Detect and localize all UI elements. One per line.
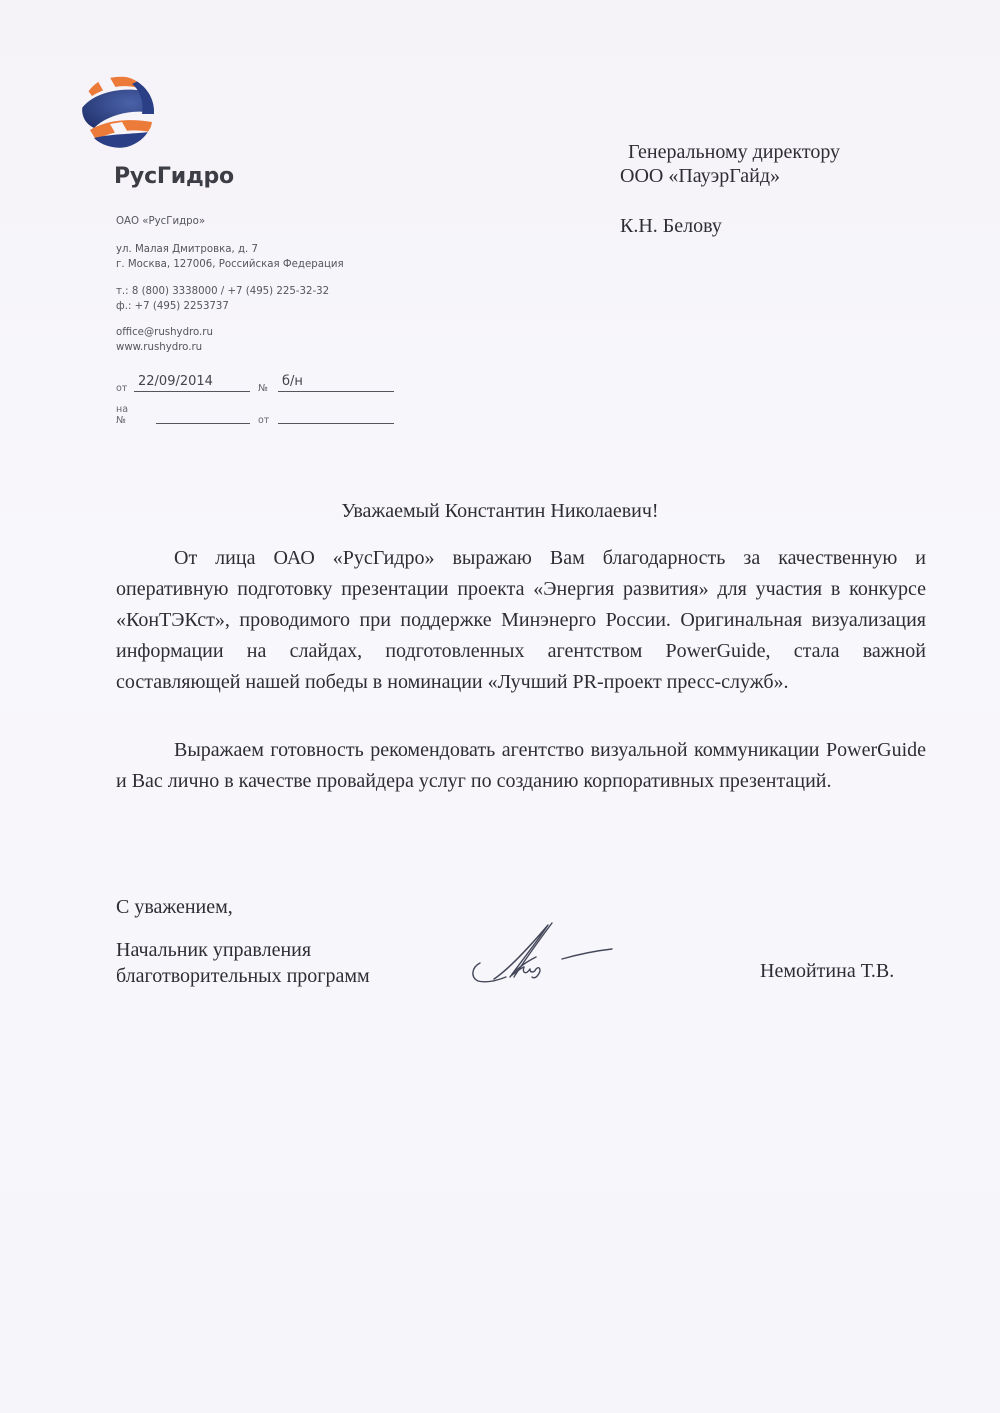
body-paragraph-2: Выражаем готовность рекомендовать агентс… bbox=[116, 735, 926, 797]
ref-number-field bbox=[156, 406, 250, 424]
signer-position-line-2: благотворительных программ bbox=[116, 963, 370, 989]
closing: С уважением, bbox=[116, 896, 233, 919]
website-text: www.rushydro.ru bbox=[116, 340, 213, 355]
fax-text: ф.: +7 (495) 2253737 bbox=[116, 299, 329, 314]
rushydro-logo-icon bbox=[80, 74, 156, 150]
date-label: от bbox=[116, 383, 127, 394]
body-paragraph-1: От лица ОАО «РусГидро» выражаю Вам благо… bbox=[116, 543, 926, 698]
addressee-position: Генеральному директору bbox=[620, 140, 840, 164]
addressee-block: Генеральному директору ООО «ПауэрГайд» К… bbox=[620, 140, 840, 238]
signature-icon bbox=[466, 915, 626, 995]
letterhead-org: ОАО «РусГидро» bbox=[116, 214, 205, 229]
signer-position: Начальник управления благотворительных п… bbox=[116, 937, 370, 989]
letterhead-web: office@rushydro.ru www.rushydro.ru bbox=[116, 325, 213, 355]
phone-text: т.: 8 (800) 3338000 / +7 (495) 225-32-32 bbox=[116, 284, 329, 299]
number-label: № bbox=[258, 383, 268, 394]
addressee-company: ООО «ПауэрГайд» bbox=[620, 164, 840, 188]
addressee-name: К.Н. Белову bbox=[620, 214, 840, 238]
date-field: 22/09/2014 bbox=[134, 374, 250, 392]
brand-name: РусГидро bbox=[114, 164, 234, 189]
email-text: office@rushydro.ru bbox=[116, 325, 213, 340]
ref-date-label: от bbox=[258, 415, 269, 426]
letterhead-contacts: т.: 8 (800) 3338000 / +7 (495) 225-32-32… bbox=[116, 284, 329, 314]
number-field: б/н bbox=[278, 374, 394, 392]
letter-page: РусГидро ОАО «РусГидро» ул. Малая Дмитро… bbox=[0, 0, 1000, 1413]
address-line-1: ул. Малая Дмитровка, д. 7 bbox=[116, 242, 344, 257]
ref-number-label: на № bbox=[116, 404, 128, 426]
salutation: Уважаемый Константин Николаевич! bbox=[0, 500, 1000, 523]
letterhead-address: ул. Малая Дмитровка, д. 7 г. Москва, 127… bbox=[116, 242, 344, 272]
signer-name: Немойтина Т.В. bbox=[760, 960, 894, 983]
address-line-2: г. Москва, 127006, Российская Федерация bbox=[116, 257, 344, 272]
signer-position-line-1: Начальник управления bbox=[116, 937, 370, 963]
ref-date-field bbox=[278, 406, 394, 424]
org-name: ОАО «РусГидро» bbox=[116, 214, 205, 229]
